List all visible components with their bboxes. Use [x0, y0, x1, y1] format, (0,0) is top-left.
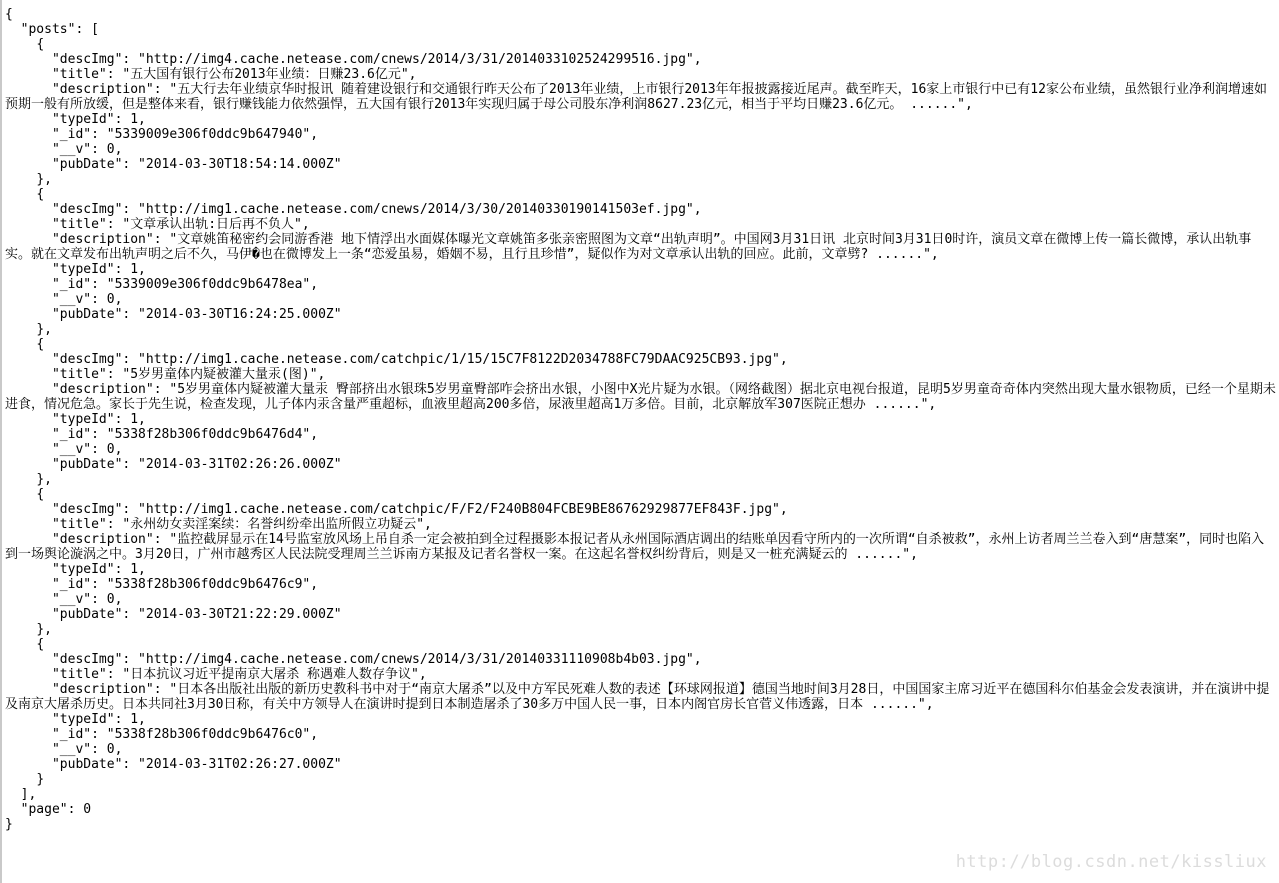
- raw-json-text: { "posts": [ { "descImg": "http://img4.c…: [2, 0, 1279, 832]
- json-viewer-viewport: { "posts": [ { "descImg": "http://img4.c…: [0, 0, 1279, 883]
- browser-raw-json-page: { "colors": { "background": "#ffffff", "…: [0, 0, 1279, 883]
- watermark-url: http://blog.csdn.net/kissliux: [956, 852, 1267, 872]
